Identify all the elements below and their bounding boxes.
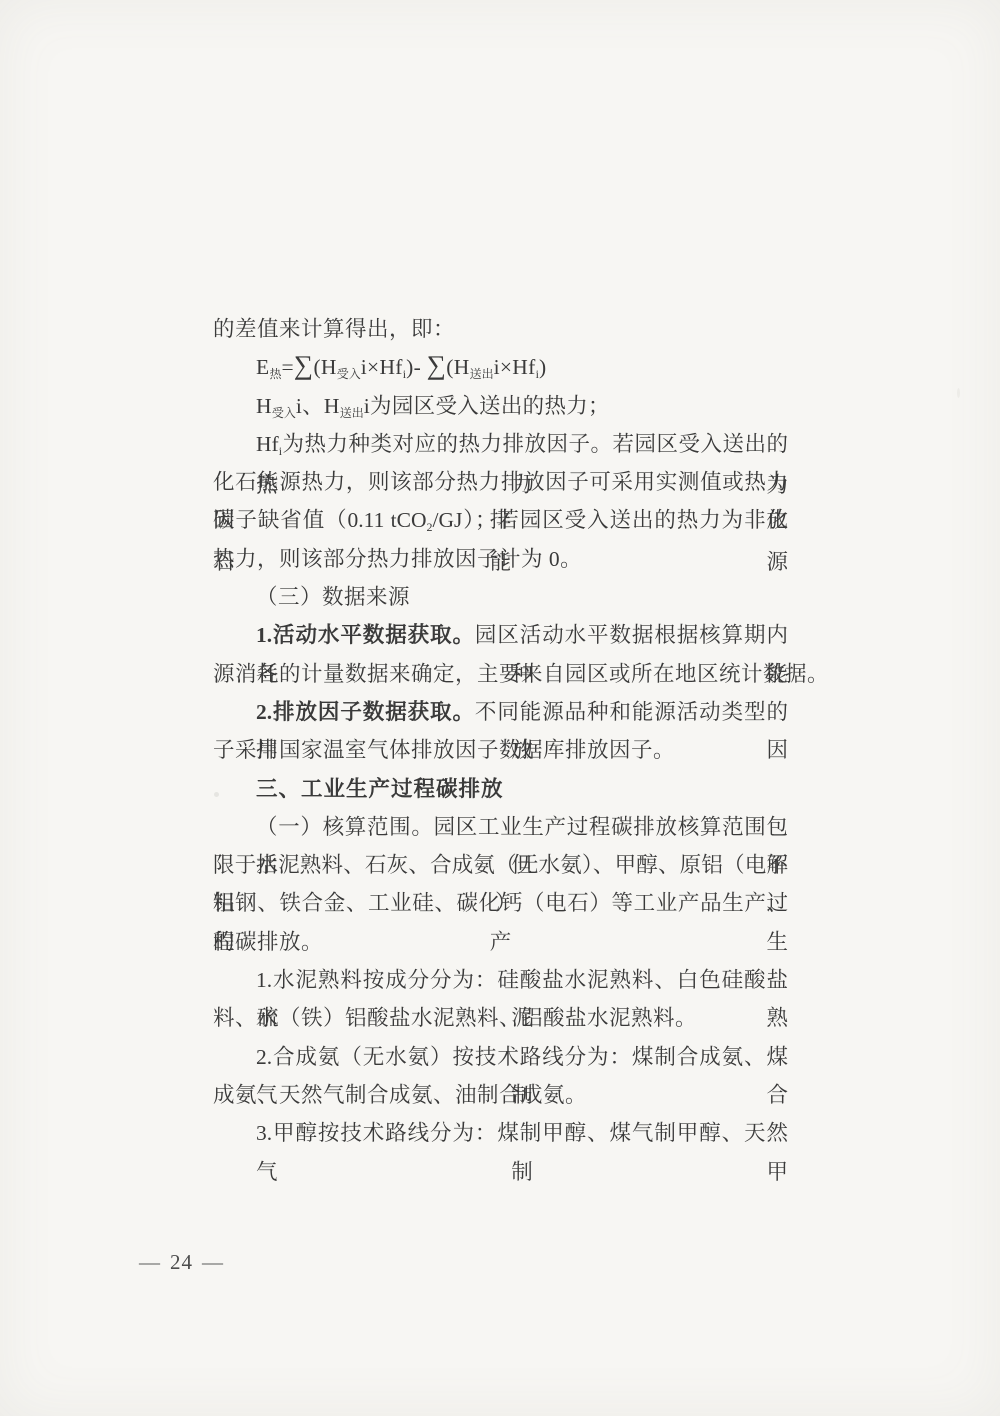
text-line: 源消耗的计量数据来确定，主要来自园区或所在地区统计数据。 [213, 655, 788, 693]
formula-subscript: 受入 [337, 367, 361, 381]
formula-subscript: i [536, 367, 539, 381]
text-line: 2.排放因子数据获取。不同能源品种和能源活动类型的排放因 [213, 693, 788, 731]
page-number: 24 [170, 1250, 193, 1274]
text-run: E [256, 355, 269, 379]
text-run: 成氨、天然气制合成氨、油制合成氨。 [213, 1083, 587, 1107]
formula-subscript: i [403, 367, 406, 381]
text-run: （三）数据来源 [256, 585, 410, 609]
text-run: )- [406, 355, 427, 379]
text-run: 三、工业生产过程碳排放 [256, 777, 504, 801]
text-line: （三）数据来源 [213, 578, 788, 616]
text-line: 粗钢、铁合金、工业硅、碳化钙（电石）等工业产品生产过程产生 [213, 884, 788, 922]
text-run: i为园区受入送出的热力； [364, 394, 610, 418]
footer-dash-right: — [202, 1250, 224, 1274]
page-footer: —24— [130, 1250, 233, 1275]
text-line: Hfi为热力种类对应的热力排放因子。若园区受入送出的热力为 [213, 425, 788, 463]
text-run: 2.排放因子数据获取。 [256, 700, 475, 724]
text-run: Hf [256, 432, 279, 456]
text-run: 源消耗的计量数据来确定，主要来自园区或所在地区统计数据。 [213, 662, 829, 686]
text-run: ∑ [294, 350, 314, 380]
text-line: 三、工业生产过程碳排放 [213, 770, 788, 808]
text-run: H [256, 394, 272, 418]
formula-subscript: 热 [269, 367, 281, 381]
text-run: i×Hf [361, 355, 403, 379]
text-run: 热力，则该部分热力排放因子计为 0。 [213, 547, 582, 571]
text-line: 3.甲醇按技术路线分为：煤制甲醇、煤气制甲醇、天然气制甲 [213, 1114, 788, 1152]
text-run: = [281, 355, 293, 379]
text-line: 2.合成氨（无水氨）按技术路线分为：煤制合成氨、煤气制合 [213, 1038, 788, 1076]
scan-smudge [957, 388, 960, 398]
text-run: 3.甲醇按技术路线分为：煤制甲醇、煤气制甲醇、天然气制甲 [256, 1121, 788, 1183]
formula-subscript: i [279, 444, 282, 458]
document-body: 的差值来计算得出，即：E热=∑(H受入i×Hfi)- ∑(H送出i×Hfi)H受… [213, 310, 788, 1153]
text-line: 因子缺省值（0.11 tCO2/GJ）；若园区受入送出的热力为非化石能源 [213, 501, 788, 539]
text-run: 料、硫（铁）铝酸盐水泥熟料、铝酸盐水泥熟料。 [213, 1006, 697, 1030]
document-page: 的差值来计算得出，即：E热=∑(H受入i×Hfi)- ∑(H送出i×Hfi)H受… [0, 0, 1000, 1416]
footer-dash-left: — [139, 1250, 161, 1274]
text-run: 的碳排放。 [213, 930, 323, 954]
text-line: H受入i、H送出i为园区受入送出的热力； [213, 387, 788, 425]
text-run: 的差值来计算得出，即： [213, 317, 455, 341]
text-run: 1.活动水平数据获取。 [256, 623, 475, 647]
formula-subscript: 2 [427, 520, 433, 534]
text-run: (H [446, 355, 469, 379]
text-line: 限于水泥熟料、石灰、合成氨（无水氨）、甲醇、原铝（电解铝）、 [213, 846, 788, 884]
text-run: （一）核算范围。 [256, 815, 434, 839]
text-run: ∑ [427, 350, 447, 380]
text-run: i×Hf [494, 355, 536, 379]
text-line: 1.水泥熟料按成分分为：硅酸盐水泥熟料、白色硅酸盐水泥熟 [213, 961, 788, 999]
text-line: 的差值来计算得出，即： [213, 310, 788, 348]
text-run: 因子缺省值（0.11 tCO [213, 508, 427, 532]
text-run: ) [539, 355, 546, 379]
text-line: 化石能源热力，则该部分热力排放因子可采用实测值或热力碳排放 [213, 463, 788, 501]
text-line: （一）核算范围。园区工业生产过程碳排放核算范围包括但不 [213, 808, 788, 846]
text-run: 子采用国家温室气体排放因子数据库排放因子。 [213, 738, 675, 762]
formula-subscript: 送出 [470, 367, 494, 381]
text-line: E热=∑(H受入i×Hfi)- ∑(H送出i×Hfi) [213, 348, 788, 386]
text-line: 1.活动水平数据获取。园区活动水平数据根据核算期内各种能 [213, 616, 788, 654]
text-run: (H [313, 355, 336, 379]
formula-subscript: 受入 [272, 406, 296, 420]
formula-subscript: 送出 [340, 406, 364, 420]
text-run: i、H [296, 394, 340, 418]
